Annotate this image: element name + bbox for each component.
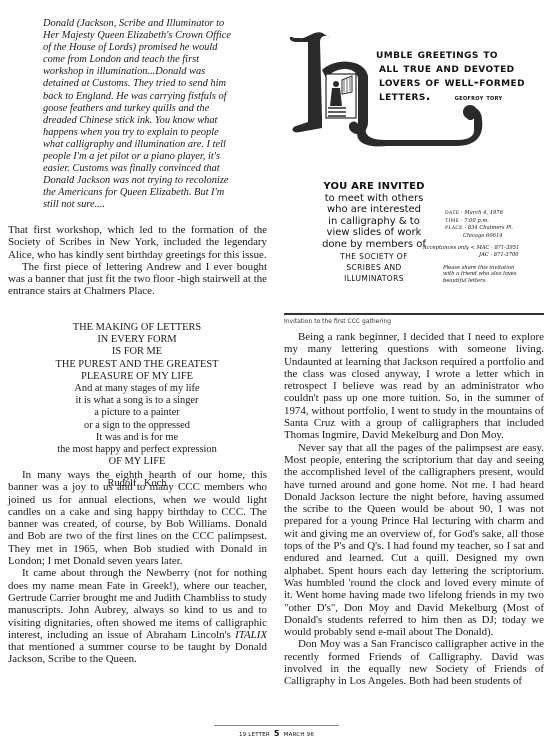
poem-line: a picture to a painter — [24, 407, 250, 419]
footer-date: MARCH 96 — [284, 732, 314, 738]
invitation-main-text: YOU ARE INVITED to meet with others who … — [318, 181, 430, 284]
place-value: 834 Chalmers Pl. — [468, 225, 513, 231]
phone-2: JAC · 871-3700 — [479, 252, 552, 259]
footer-divider — [214, 725, 339, 726]
poem-line: PLEASURE OF MY LIFE — [24, 371, 250, 383]
rudolf-koch-poem: THE MAKING OF LETTERS IN EVERY FORM IS F… — [24, 322, 250, 491]
society-line: SCRIBES AND — [318, 262, 430, 273]
banner-line: all true and devoted — [379, 61, 552, 75]
paragraph: Don Moy was a San Francisco calligrapher… — [284, 638, 544, 687]
poem-line: THE PUREST AND THE GREATEST — [24, 359, 250, 371]
italix-title: ITALIX — [235, 629, 267, 641]
note-line: beautiful letters. — [443, 278, 552, 285]
invitation-rsvp: Acceptances only < MAC · 871-3951 — [423, 245, 552, 252]
banner-text: umble greetings to all true and devoted … — [376, 47, 552, 105]
invitation-heading: YOU ARE INVITED — [318, 181, 430, 193]
poem-line: or a sign to the oppressed — [24, 420, 250, 432]
paragraph: Never say that all the pages of the pali… — [284, 442, 544, 639]
left-body-section-1: That first workshop, which led to the fo… — [8, 224, 267, 298]
acceptances-label: Acceptances only — [423, 245, 469, 251]
poem-line: IN EVERY FORM — [24, 334, 250, 346]
paragraph-text: It came about through the Newberry (not … — [8, 567, 267, 640]
invitation-line: in calligraphy & to — [318, 216, 430, 228]
caption-divider — [284, 313, 544, 315]
invitation-details: DATE · March 4, 1976 TIME · 7:00 p.m. PL… — [423, 210, 552, 284]
society-line: THE SOCIETY OF — [318, 251, 430, 262]
banner-line: letters.Geofroy Tory — [379, 89, 552, 105]
note-line: Please share this invitation — [443, 265, 552, 272]
society-name: THE SOCIETY OF SCRIBES AND ILLUMINATORS — [318, 251, 430, 284]
poem-line: It was and is for me — [24, 432, 250, 444]
paragraph: It came about through the Newberry (not … — [8, 567, 267, 665]
invitation-time: TIME · 7:00 p.m. — [445, 218, 552, 226]
phone-1: MAC · 871-3951 — [476, 245, 519, 251]
humble-greetings-banner: umble greetings to all true and devoted … — [286, 30, 552, 150]
society-line: ILLUMINATORS — [318, 273, 430, 284]
invitation-city: Chicago 60614 — [463, 233, 552, 240]
banner-line-text: letters. — [379, 89, 431, 103]
invitation-line: done by members of — [318, 239, 430, 251]
pull-quote-text: Donald (Jackson, Scribe and Illuminator … — [43, 18, 233, 212]
place-label: PLACE — [445, 226, 463, 231]
page-number: 5 — [274, 729, 280, 738]
image-caption: Invitation to the first CCC gathering — [284, 318, 391, 325]
pull-quote: Donald (Jackson, Scribe and Illuminator … — [43, 18, 233, 212]
time-label: TIME — [445, 219, 459, 224]
left-body-section-2: In many ways the eighth hearth of our ho… — [8, 469, 267, 666]
poem-line: THE MAKING OF LETTERS — [24, 322, 250, 334]
paragraph: The first piece of lettering Andrew and … — [8, 261, 267, 298]
time-value: 7:00 p.m. — [464, 218, 489, 224]
invitation-line: view slides of work — [318, 227, 430, 239]
poem-line: it is what a song is to a singer — [24, 395, 250, 407]
paragraph: Being a rank beginner, I decided that I … — [284, 331, 544, 442]
date-label: DATE — [445, 211, 459, 216]
paragraph: That first workshop, which led to the fo… — [8, 224, 267, 261]
paragraph: In many ways the eighth hearth of our ho… — [8, 469, 267, 567]
footer-issue: 19 LETTER — [239, 732, 270, 738]
date-value: March 4, 1976 — [464, 210, 503, 216]
invitation-date: DATE · March 4, 1976 — [445, 210, 552, 218]
poem-line: the most happy and perfect expression — [24, 444, 250, 456]
invitation-line: to meet with others — [318, 193, 430, 205]
page-footer: 19 LETTER 5 MARCH 96 — [214, 729, 339, 738]
banner-signature: Geofroy Tory — [455, 94, 503, 102]
poem-line: And at many stages of my life — [24, 383, 250, 395]
banner-line: umble greetings to — [376, 47, 552, 61]
poem-line: IS FOR ME — [24, 346, 250, 358]
note-line: with a friend who also loves — [443, 271, 552, 278]
poem-line: OF MY LIFE — [24, 456, 250, 468]
invitation-line: who are interested — [318, 204, 430, 216]
invitation-place: PLACE · 834 Chalmers Pl. — [445, 225, 552, 233]
right-body-section: Being a rank beginner, I decided that I … — [284, 331, 544, 688]
banner-line: lovers of well-formed — [379, 75, 552, 89]
paragraph-text: that mentioned a summer course to be tau… — [8, 641, 267, 665]
